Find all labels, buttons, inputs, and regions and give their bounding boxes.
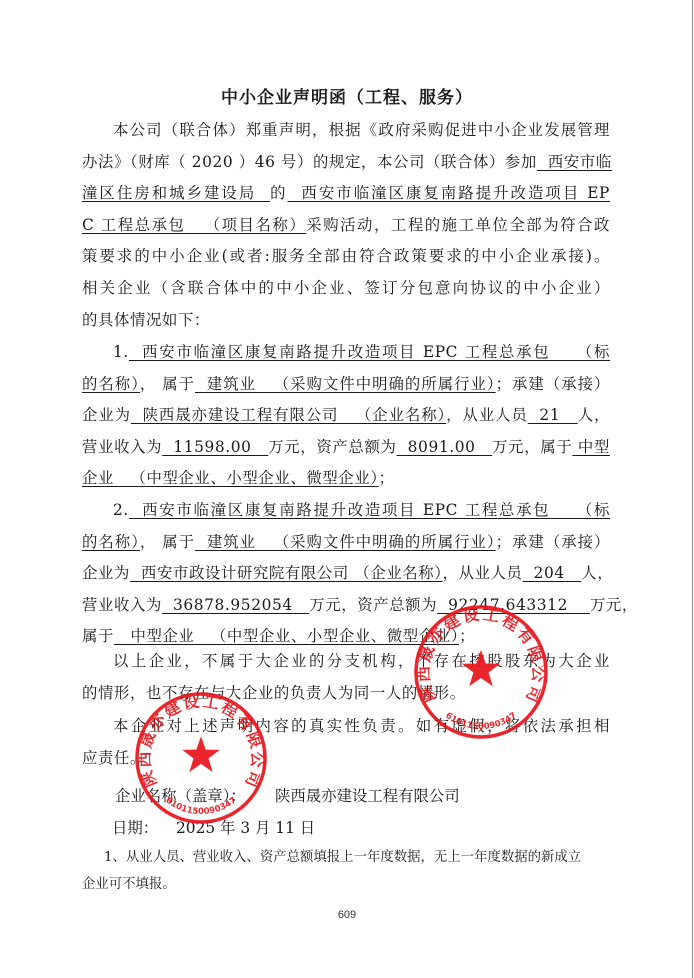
filled-field: 的名称） (82, 533, 140, 551)
text-segment: 办法》（财库（ 2020 ）46 号）的规定，本公司（联合体）参加 (82, 153, 537, 171)
filled-field: 中型 (572, 438, 610, 456)
statement-line-4: 应责任。 (82, 748, 610, 768)
filled-field: 92247.643312 (437, 596, 590, 614)
filled-field: C 工程总承包 （项目名称） (82, 216, 306, 234)
text-segment: 本公司（联合体）郑重声明，根据《政府采购促进中小企业发展管理 (113, 121, 610, 139)
intro-line-5: 策要求的中小企业(或者:服务全部由符合政策要求的中小企业承接)。 (82, 246, 610, 266)
statement-line-3: 本企业对上述声明内容的真实性负责。如有虚假，将依法承担相 (82, 716, 610, 736)
filled-field: 企业 （中型企业、小型企业、微型企业） (82, 469, 379, 487)
intro-line-7: 的具体情况如下： (82, 310, 610, 330)
enterprise-2-line-4: 营业收入为 36878.952054 万元，资产总额为 92247.643312… (82, 595, 610, 615)
text-segment: ； (379, 469, 395, 487)
text-segment: 万元，属于 (492, 438, 572, 456)
date-value: 2025 年 3 月 11 日 (176, 818, 315, 838)
enterprise-2-line-1: 2. 西安市临潼区康复南路提升改造项目 EPC 工程总承包 （标 (82, 500, 610, 520)
intro-line-1: 本公司（联合体）郑重声明，根据《政府采购促进中小企业发展管理 (82, 120, 610, 140)
text-segment: ；承建（承接） (496, 533, 610, 551)
text-segment: 营业收入为 (82, 438, 162, 456)
intro-line-6: 相关企业（含联合体中的中小企业、签订分包意向协议的中小企业） (82, 278, 610, 298)
text-segment: 相关企业（含联合体中的中小企业、签订分包意向协议的中小企业） (82, 279, 610, 297)
enterprise-1-line-4: 营业收入为 11598.00 万元，资产总额为 8091.00 万元，属于 中型 (82, 437, 610, 457)
filled-field: 陕西晟亦建设工程有限公司 （企业名称） (131, 406, 446, 424)
company-seal-label: 企业名称（盖章）： (115, 786, 246, 806)
enterprise-1-line-5: 企业 （中型企业、小型企业、微型企业）； (82, 468, 610, 488)
text-segment: 企业为 (82, 406, 131, 424)
text-segment: ； (459, 627, 475, 645)
text-segment: 人， (581, 564, 613, 582)
statement-line-2: 的情形，也不存在与大企业的负责人为同一人的情形。 (82, 683, 610, 703)
statement-line-1: 以上企业，不属于大企业的分支机构，不存在控股股东为大企业 (82, 651, 610, 671)
footnote-line-2: 企业可不填报。 (82, 876, 610, 894)
text-segment: 万元，资产总额为 (268, 438, 396, 456)
text-segment: 1. (113, 343, 129, 361)
text-segment: ，从业人员 (443, 564, 523, 582)
filled-field: 36878.952054 (162, 596, 309, 614)
svg-text:陕西晟亦建设工程有限公司: 陕西晟亦建设工程有限公司 (135, 692, 267, 791)
intro-line-2: 办法》（财库（ 2020 ）46 号）的规定，本公司（联合体）参加 西安市临 (82, 152, 610, 172)
document-title: 中小企业声明函（工程、服务） (0, 83, 694, 108)
filled-field: 8091.00 (397, 438, 493, 456)
text-segment: ， 属于 (140, 533, 195, 551)
filled-field: 11598.00 (162, 438, 268, 456)
enterprise-1-line-3: 企业为 陕西晟亦建设工程有限公司 （企业名称），从业人员 21 人， (82, 405, 610, 425)
footnote-line-1: 1、从业人员、营业收入、资产总额填报上一年度数据，无上一年度数据的新成立 (82, 849, 610, 867)
text-segment: 人， (578, 406, 610, 424)
filled-field: 21 (528, 406, 578, 424)
enterprise-2-line-3: 企业为 西安市政设计研究院有限公司 （企业名称），从业人员 204 人， (82, 563, 610, 583)
filled-field: 西安市临 (537, 153, 612, 171)
page-number: 609 (0, 909, 694, 921)
intro-line-4: C 工程总承包 （项目名称）采购活动，工程的施工单位全部为符合政 (82, 215, 610, 235)
text-segment: ；承建（承接） (496, 375, 610, 393)
filled-field: 的名称） (82, 375, 140, 393)
enterprise-2-line-5: 属于 中型企业 （中型企业、小型企业、微型企业）； (82, 626, 610, 646)
intro-line-3: 潼区住房和城乡建设局 的 西安市临潼区康复南路提升改造项目 EP (82, 183, 610, 203)
text-segment: 企业为 (82, 564, 130, 582)
enterprise-1-line-1: 1. 西安市临潼区康复南路提升改造项目 EPC 工程总承包 （标 (82, 342, 610, 362)
text-segment: 属于 (82, 627, 114, 645)
text-segment: 的具体情况如下： (82, 311, 210, 329)
text-segment: ，从业人员 (446, 406, 528, 424)
filled-field: 西安市临潼区康复南路提升改造项目 EP (288, 184, 610, 202)
enterprise-2-line-2: 的名称）， 属于 建筑业 （采购文件中明确的所属行业）；承建（承接） (82, 532, 610, 552)
filled-field: 西安市政设计研究院有限公司 （企业名称） (130, 564, 443, 582)
enterprise-1-line-2: 的名称）， 属于 建筑业 （采购文件中明确的所属行业）；承建（承接） (82, 374, 610, 394)
text-segment: 2. (113, 501, 129, 519)
text-segment: 采购活动，工程的施工单位全部为符合政 (306, 216, 610, 234)
text-segment: 万元， (590, 596, 638, 614)
filled-field: 建筑业 （采购文件中明确的所属行业） (195, 533, 496, 551)
filled-field: 潼区住房和城乡建设局 (82, 184, 270, 202)
company-name: 陕西晟亦建设工程有限公司 (275, 786, 460, 806)
filled-field: 建筑业 （采购文件中明确的所属行业） (195, 375, 496, 393)
filled-field: 中型企业 （中型企业、小型企业、微型企业） (114, 627, 459, 645)
text-segment: 万元，资产总额为 (309, 596, 437, 614)
text-segment: 策要求的中小企业(或者:服务全部由符合政策要求的中小企业承接)。 (82, 247, 610, 265)
filled-field: 204 (523, 564, 582, 582)
text-segment: 营业收入为 (82, 596, 162, 614)
page-border (692, 0, 693, 978)
text-segment: ， 属于 (140, 375, 195, 393)
filled-field: 西安市临潼区康复南路提升改造项目 EPC 工程总承包 （标 (129, 343, 610, 361)
text-segment: 的 (270, 184, 287, 202)
filled-field: 西安市临潼区康复南路提升改造项目 EPC 工程总承包 （标 (129, 501, 610, 519)
date-label: 日期： (112, 818, 158, 838)
